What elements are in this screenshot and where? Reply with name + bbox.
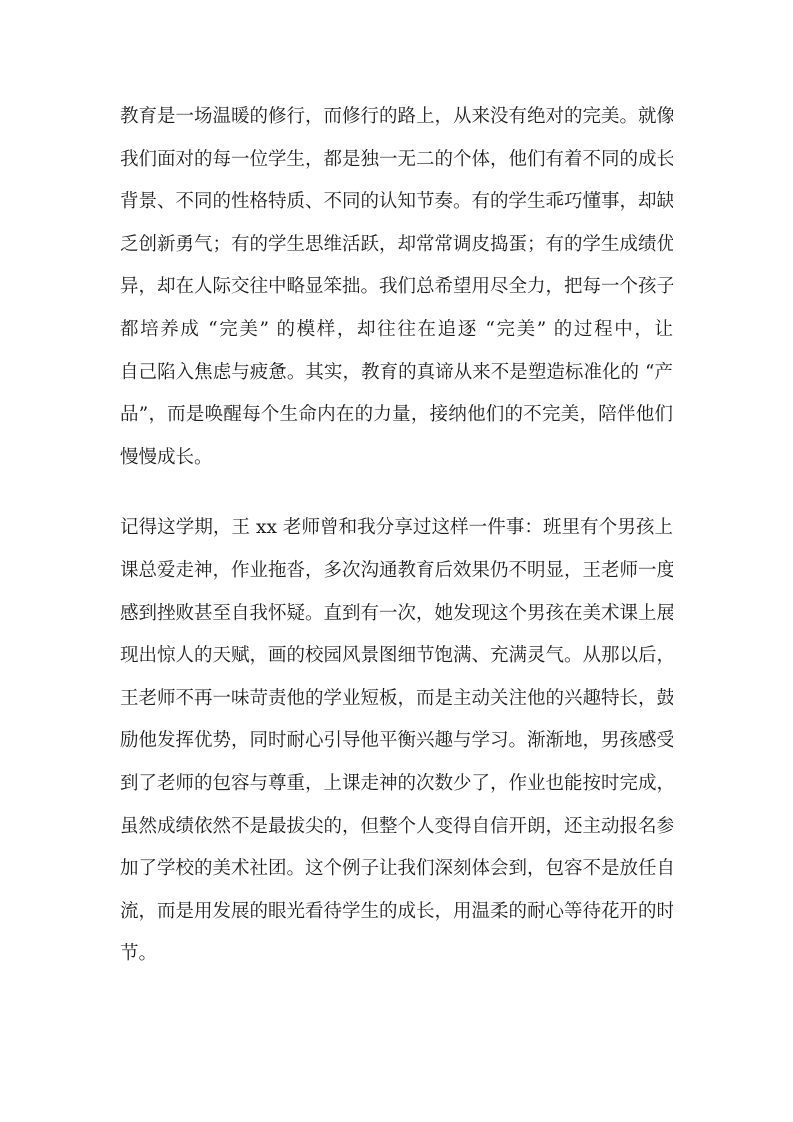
text-line: 我们面对的每一位学生，都是独一无二的个体，他们有着不同的成长 [120,139,673,182]
text-line: 王老师不再一味苛责他的学业短板，而是主动关注他的兴趣特长，鼓 [120,678,673,721]
text-line: 异，却在人际交往中略显笨拙。我们总希望用尽全力，把每一个孩子 [120,266,673,309]
text-line: 品”，而是唤醒每个生命内在的力量，接纳他们的不完美，陪伴他们 [120,394,673,437]
text-line: 现出惊人的天赋，画的校园风景图细节饱满、充满灵气。从那以后， [120,635,673,678]
text-line: 都培养成 “完美” 的模样，却往往在追逐 “完美” 的过程中，让 [120,309,673,352]
paragraph-2: 记得这学期，王 xx 老师曾和我分享过这样一件事：班里有个男孩上 课总爱走神，作… [120,507,673,976]
text-line: 背景、不同的性格特质、不同的认知节奏。有的学生乖巧懂事，却缺 [120,181,673,224]
text-line: 自己陷入焦虑与疲惫。其实，教育的真谛从来不是塑造标准化的 “产 [120,352,673,395]
text-line: 虽然成绩依然不是最拔尖的，但整个人变得自信开朗，还主动报名参 [120,806,673,849]
paragraph-1: 教育是一场温暖的修行，而修行的路上，从来没有绝对的完美。就像 我们面对的每一位学… [120,96,673,479]
text-line: 教育是一场温暖的修行，而修行的路上，从来没有绝对的完美。就像 [120,96,673,139]
document-page: 教育是一场温暖的修行，而修行的路上，从来没有绝对的完美。就像 我们面对的每一位学… [0,0,793,1122]
text-line: 流，而是用发展的眼光看待学生的成长，用温柔的耐心等待花开的时 [120,891,673,934]
text-line: 记得这学期，王 xx 老师曾和我分享过这样一件事：班里有个男孩上 [120,507,673,550]
text-line: 慢慢成长。 [120,437,673,480]
text-line: 感到挫败甚至自我怀疑。直到有一次，她发现这个男孩在美术课上展 [120,593,673,636]
text-line: 加了学校的美术社团。这个例子让我们深刻体会到，包容不是放任自 [120,848,673,891]
text-line: 课总爱走神，作业拖沓，多次沟通教育后效果仍不明显，王老师一度 [120,550,673,593]
document-text-block: 教育是一场温暖的修行，而修行的路上，从来没有绝对的完美。就像 我们面对的每一位学… [120,96,673,976]
text-line: 节。 [120,933,673,976]
text-line: 到了老师的包容与尊重，上课走神的次数少了，作业也能按时完成， [120,763,673,806]
text-line: 励他发挥优势，同时耐心引导他平衡兴趣与学习。渐渐地，男孩感受 [120,720,673,763]
text-line: 乏创新勇气；有的学生思维活跃，却常常调皮捣蛋；有的学生成绩优 [120,224,673,267]
